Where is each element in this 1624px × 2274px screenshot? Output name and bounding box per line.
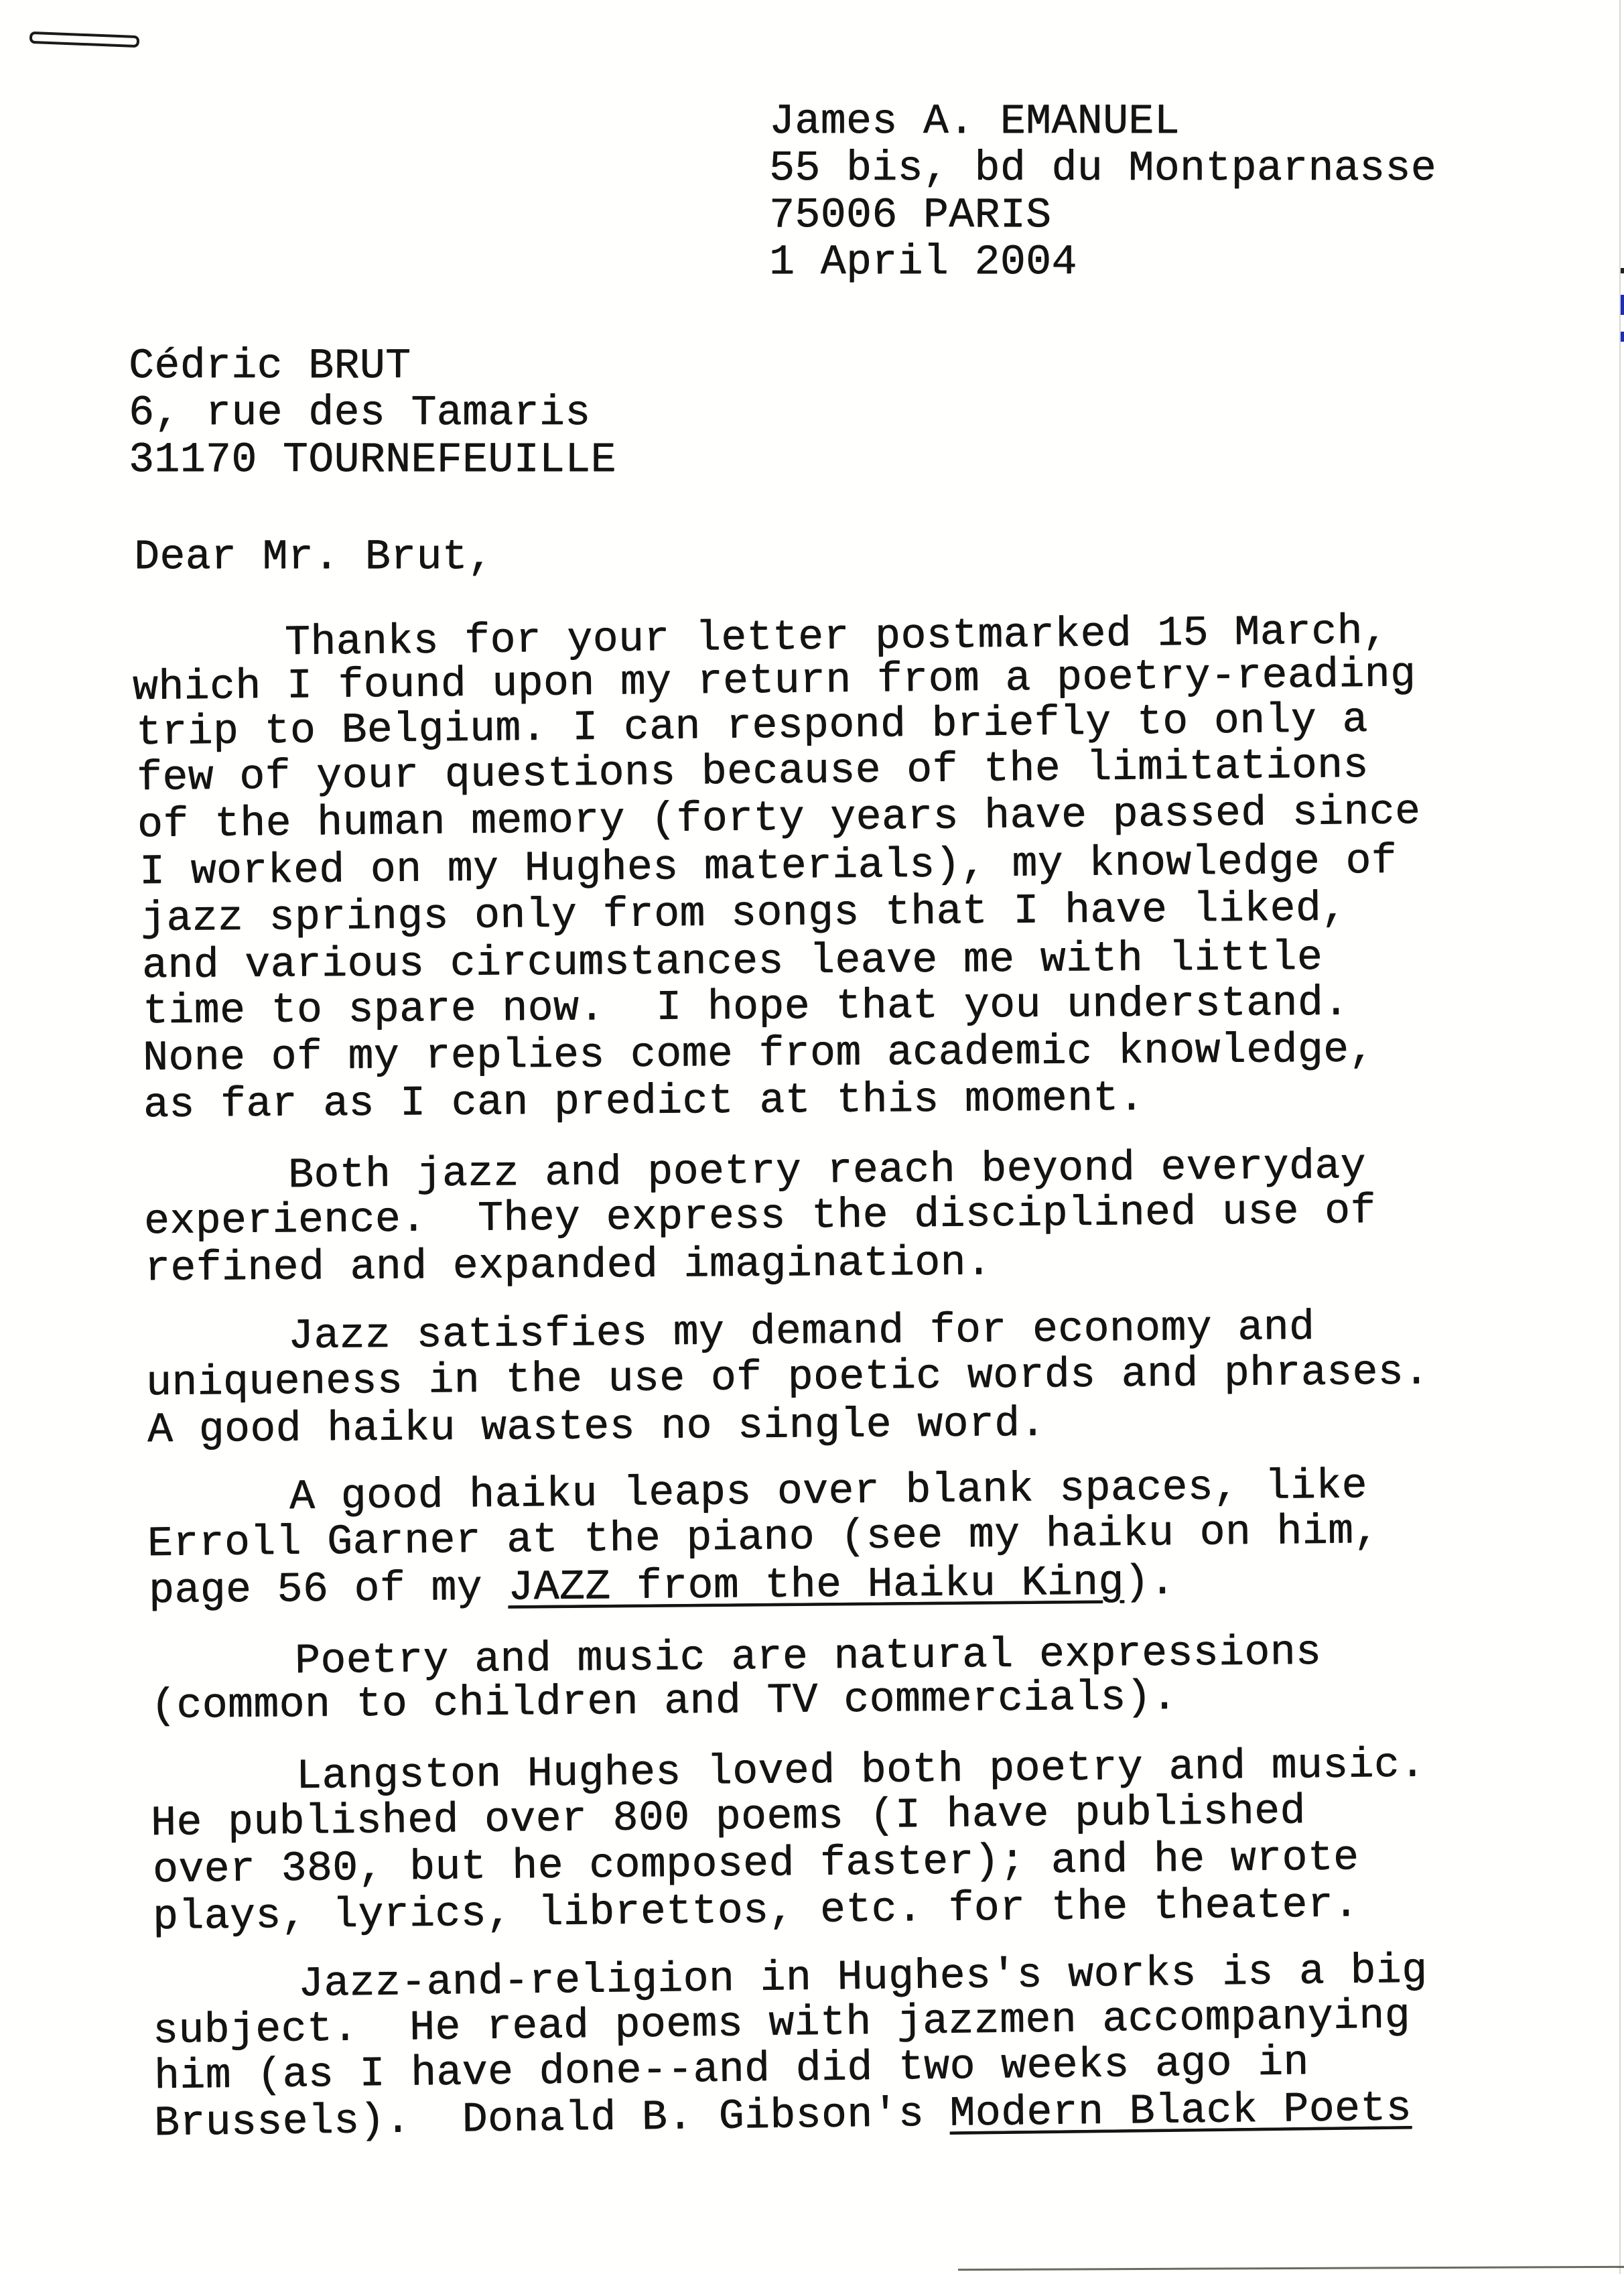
body-line: refined and expanded imagination. bbox=[145, 1242, 992, 1290]
body-line: Jazz satisfies my demand for economy and bbox=[288, 1307, 1315, 1357]
body-line: plays, lyrics, librettos, etc. for the t… bbox=[153, 1883, 1359, 1938]
underlined-title: Modern Black Poets bbox=[949, 2084, 1412, 2137]
recipient-street: 6, rue des Tamaris bbox=[129, 392, 591, 434]
body-line: jazz springs only from songs that I have… bbox=[141, 887, 1347, 940]
body-line: Erroll Garner at the piano (see my haiku… bbox=[147, 1510, 1379, 1565]
blue-ink-mark bbox=[1621, 295, 1624, 315]
recipient-name: Cédric BRUT bbox=[129, 345, 411, 387]
line-text: jazz springs only from songs that I have… bbox=[141, 884, 1347, 943]
body-line: time to spare now. I hope that you under… bbox=[143, 982, 1349, 1032]
line-text: as far as I can predict at this moment. bbox=[143, 1075, 1144, 1129]
body-line: I worked on my Hughes materials), my kno… bbox=[139, 840, 1397, 893]
line-text: Brussels). Donald B. Gibson's bbox=[154, 2090, 950, 2147]
body-line: A good haiku wastes no single word. bbox=[147, 1403, 1046, 1451]
blue-ink-mark bbox=[1621, 332, 1624, 342]
line-text: ). bbox=[1124, 1558, 1175, 1607]
body-line: (common to children and TV commercials). bbox=[151, 1676, 1178, 1727]
salutation: Dear Mr. Brut, bbox=[134, 536, 493, 578]
body-line: and various circumstances leave me with … bbox=[142, 937, 1323, 987]
body-line: None of my replies come from academic kn… bbox=[143, 1028, 1375, 1079]
body-line: page 56 of my JAZZ from the Haiku King). bbox=[149, 1561, 1176, 1612]
line-text: A good haiku wastes no single word. bbox=[147, 1400, 1046, 1454]
body-line: uniqueness in the use of poetic words an… bbox=[146, 1351, 1430, 1404]
recipient-city: 31170 TOURNEFEUILLE bbox=[129, 439, 616, 481]
sender-street: 55 bis, bd du Montparnasse bbox=[769, 147, 1436, 190]
sender-name: James A. EMANUEL bbox=[769, 101, 1180, 143]
underlined-title: JAZZ from the Haiku King bbox=[508, 1558, 1124, 1611]
sender-city: 75006 PARIS bbox=[769, 194, 1051, 237]
letter-date: 1 April 2004 bbox=[769, 241, 1077, 283]
line-text: (common to children and TV commercials). bbox=[151, 1674, 1178, 1730]
body-line: experience. They express the disciplined… bbox=[144, 1190, 1376, 1243]
body-line: of the human memory (forty years have pa… bbox=[137, 791, 1421, 846]
line-text: experience. They express the disciplined… bbox=[144, 1187, 1376, 1246]
page-bottom-edge bbox=[958, 2266, 1624, 2271]
body-line: as far as I can predict at this moment. bbox=[143, 1077, 1144, 1126]
line-text: page 56 of my bbox=[149, 1564, 509, 1615]
letter-page: James A. EMANUEL 55 bis, bd du Montparna… bbox=[0, 0, 1624, 2274]
line-text: None of my replies come from academic kn… bbox=[143, 1026, 1375, 1082]
line-text: refined and expanded imagination. bbox=[145, 1239, 992, 1292]
staple-icon bbox=[29, 31, 140, 48]
blue-ink-mark bbox=[1621, 268, 1624, 273]
